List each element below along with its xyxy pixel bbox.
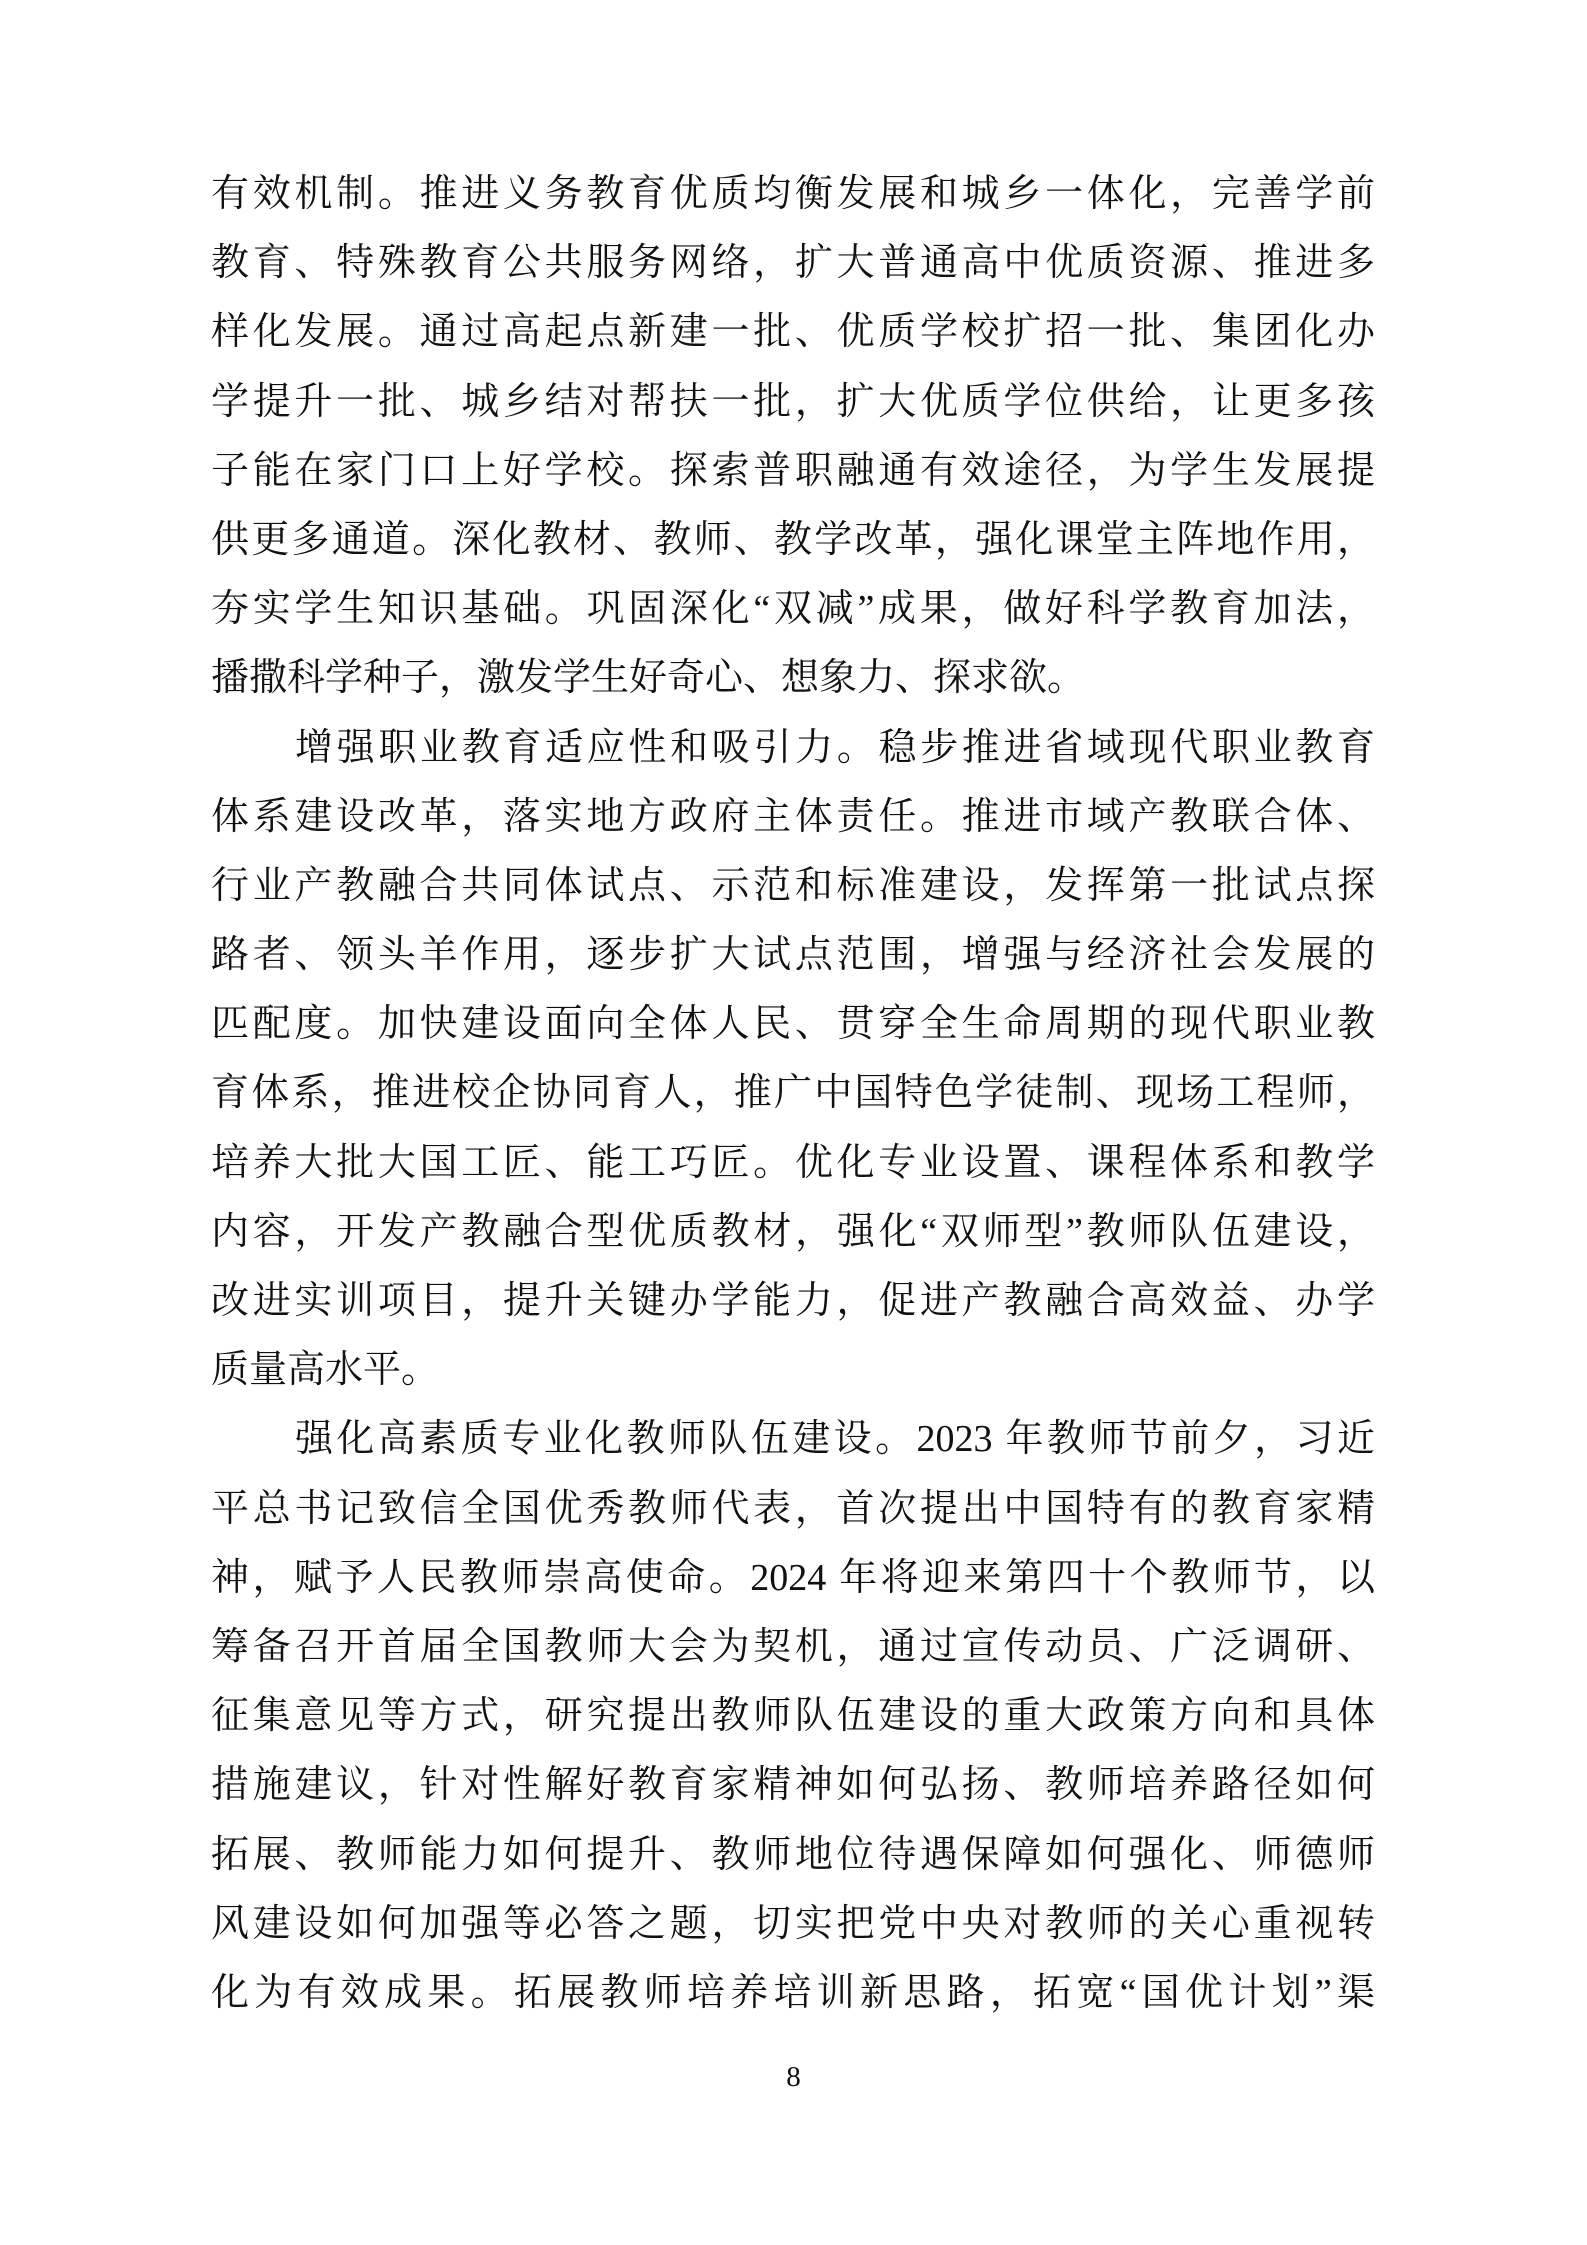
text-line: 质量高水平。 [211, 1336, 1375, 1405]
text-line: 行业产教融合共同体试点、示范和标准建设，发挥第一批试点探 [211, 852, 1375, 921]
text-line: 体系建设改革，落实地方政府主体责任。推进市域产教联合体、 [211, 783, 1375, 852]
text-line: 神，赋予人民教师崇高使命。2024 年将迎来第四十个教师节，以 [211, 1544, 1375, 1613]
text-line: 筹备召开首届全国教师大会为契机，通过宣传动员、广泛调研、 [211, 1613, 1375, 1682]
text-line: 化为有效成果。拓展教师培养培训新思路，拓宽“国优计划”渠 [211, 1959, 1375, 2028]
page-number: 8 [0, 2060, 1587, 2094]
text-line: 平总书记致信全国优秀教师代表，首次提出中国特有的教育家精 [211, 1475, 1375, 1544]
text-line: 强化高素质专业化教师队伍建设。2023 年教师节前夕，习近 [211, 1405, 1375, 1474]
text-line: 样化发展。通过高起点新建一批、优质学校扩招一批、集团化办 [211, 298, 1375, 367]
text-line: 培养大批大国工匠、能工巧匠。优化专业设置、课程体系和教学 [211, 1129, 1375, 1198]
paragraph: 有效机制。推进义务教育优质均衡发展和城乡一体化，完善学前 教育、特殊教育公共服务… [211, 160, 1375, 714]
paragraph: 增强职业教育适应性和吸引力。稳步推进省域现代职业教育 体系建设改革，落实地方政府… [211, 714, 1375, 1406]
document-page: 有效机制。推进义务教育优质均衡发展和城乡一体化，完善学前 教育、特殊教育公共服务… [0, 0, 1587, 2245]
paragraph: 强化高素质专业化教师队伍建设。2023 年教师节前夕，习近 平总书记致信全国优秀… [211, 1405, 1375, 2028]
text-line: 子能在家门口上好学校。探索普职融通有效途径，为学生发展提 [211, 437, 1375, 506]
text-line: 增强职业教育适应性和吸引力。稳步推进省域现代职业教育 [211, 714, 1375, 783]
text-line: 有效机制。推进义务教育优质均衡发展和城乡一体化，完善学前 [211, 160, 1375, 229]
text-line: 育体系，推进校企协同育人，推广中国特色学徒制、现场工程师， [211, 1059, 1375, 1128]
text-line: 夯实学生知识基础。巩固深化“双减”成果，做好科学教育加法， [211, 575, 1375, 644]
text-line: 路者、领头羊作用，逐步扩大试点范围，增强与经济社会发展的 [211, 921, 1375, 990]
text-line: 征集意见等方式，研究提出教师队伍建设的重大政策方向和具体 [211, 1682, 1375, 1751]
text-line: 学提升一批、城乡结对帮扶一批，扩大优质学位供给，让更多孩 [211, 368, 1375, 437]
text-line: 改进实训项目，提升关键办学能力，促进产教融合高效益、办学 [211, 1267, 1375, 1336]
text-line: 拓展、教师能力如何提升、教师地位待遇保障如何强化、师德师 [211, 1821, 1375, 1890]
text-block: 有效机制。推进义务教育优质均衡发展和城乡一体化，完善学前 教育、特殊教育公共服务… [211, 160, 1375, 2028]
text-line: 内容，开发产教融合型优质教材，强化“双师型”教师队伍建设， [211, 1198, 1375, 1267]
text-line: 匹配度。加快建设面向全体人民、贯穿全生命周期的现代职业教 [211, 990, 1375, 1059]
text-line: 措施建议，针对性解好教育家精神如何弘扬、教师培养路径如何 [211, 1751, 1375, 1820]
text-line: 播撒科学种子，激发学生好奇心、想象力、探求欲。 [211, 644, 1375, 713]
text-line: 风建设如何加强等必答之题，切实把党中央对教师的关心重视转 [211, 1890, 1375, 1959]
text-line: 教育、特殊教育公共服务网络，扩大普通高中优质资源、推进多 [211, 229, 1375, 298]
text-line: 供更多通道。深化教材、教师、教学改革，强化课堂主阵地作用， [211, 506, 1375, 575]
